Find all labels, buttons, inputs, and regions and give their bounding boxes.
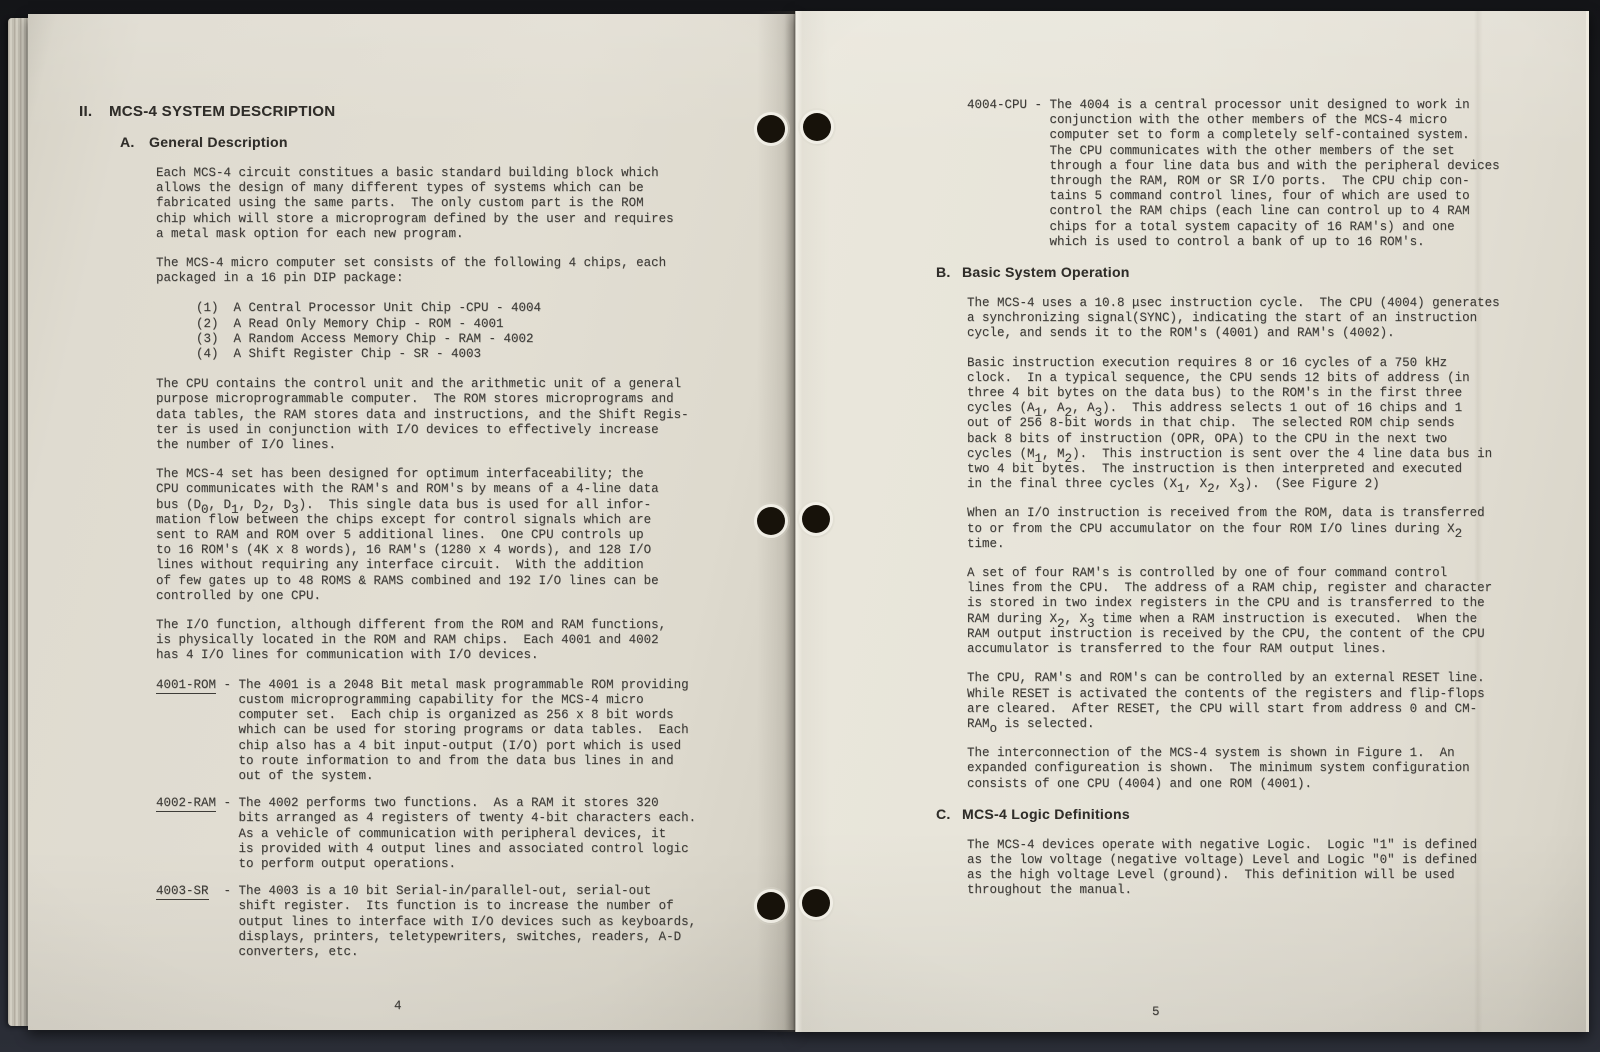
heading-number: A. — [120, 134, 149, 150]
chip-entry-4002-ram: 4002-RAM - The 4002 performs two functio… — [156, 796, 795, 872]
heading-title: General Description — [149, 134, 288, 150]
punch-hole — [802, 889, 830, 917]
paragraph: Each MCS-4 circuit constitues a basic st… — [156, 166, 795, 242]
punch-hole — [803, 113, 831, 141]
punch-hole — [802, 505, 830, 533]
subsection-heading: B.Basic System Operation — [936, 264, 1589, 280]
paragraph: The MCS-4 set has been designed for opti… — [156, 467, 795, 604]
section-heading: II.MCS-4 SYSTEM DESCRIPTION — [79, 103, 795, 120]
paragraph: Basic instruction execution requires 8 o… — [967, 356, 1589, 493]
left-page-content: II.MCS-4 SYSTEM DESCRIPTIONA.General Des… — [28, 14, 795, 1030]
heading-title: Basic System Operation — [962, 264, 1130, 280]
heading-number: B. — [936, 264, 962, 280]
scanned-manual-spread: { "document": { "kind": "scanned typewri… — [0, 0, 1600, 1052]
paragraph: The MCS-4 micro computer set consists of… — [156, 256, 795, 286]
page-edge-stack — [8, 18, 30, 1026]
paragraph: When an I/O instruction is received from… — [967, 506, 1589, 552]
heading-number: C. — [936, 806, 962, 822]
right-page: 4004-CPU - The 4004 is a central process… — [795, 11, 1589, 1032]
paragraph: The interconnection of the MCS-4 system … — [967, 746, 1589, 792]
punch-hole — [757, 892, 785, 920]
chip-entry-4003-sr: 4003-SR - The 4003 is a 10 bit Serial-in… — [156, 884, 795, 960]
right-page-content: 4004-CPU - The 4004 is a central process… — [795, 11, 1589, 1032]
paragraph: The CPU contains the control unit and th… — [156, 377, 795, 453]
paragraph: The MCS-4 uses a 10.8 μsec instruction c… — [967, 296, 1589, 342]
punch-hole — [757, 507, 785, 535]
subsection-heading: A.General Description — [120, 134, 795, 150]
heading-title: MCS-4 SYSTEM DESCRIPTION — [109, 103, 335, 120]
subsection-heading: C.MCS-4 Logic Definitions — [936, 806, 1589, 822]
heading-title: MCS-4 Logic Definitions — [962, 806, 1130, 822]
paragraph: The I/O function, although different fro… — [156, 618, 795, 664]
left-page: II.MCS-4 SYSTEM DESCRIPTIONA.General Des… — [28, 14, 795, 1030]
punch-hole — [757, 115, 785, 143]
paragraph: The CPU, RAM's and ROM's can be controll… — [967, 671, 1589, 732]
chip-list: (1) A Central Processor Unit Chip -CPU -… — [196, 301, 795, 362]
heading-number: II. — [79, 103, 109, 120]
paragraph: A set of four RAM's is controlled by one… — [967, 566, 1589, 657]
chip-entry-4001-rom: 4001-ROM - The 4001 is a 2048 Bit metal … — [156, 678, 795, 784]
paragraph: The MCS-4 devices operate with negative … — [967, 838, 1589, 899]
chip-entry-4004-cpu: 4004-CPU - The 4004 is a central process… — [967, 98, 1589, 250]
